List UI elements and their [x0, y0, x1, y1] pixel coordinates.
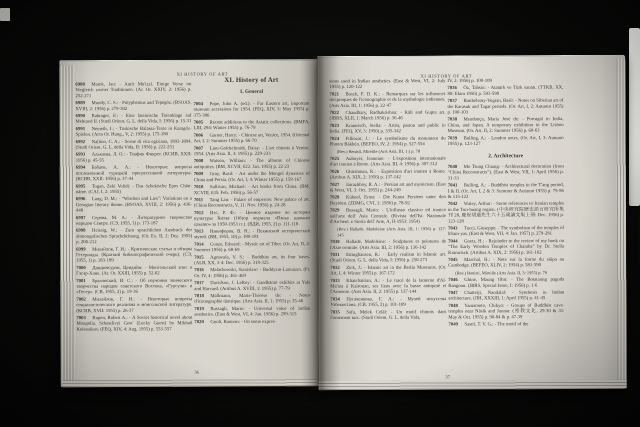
scan-artifact-right-edge: [629, 28, 640, 206]
entry-number: 6989: [75, 101, 91, 106]
bib-entry: 6990Babinger, F.: - Eine lateinische Tot…: [76, 113, 192, 125]
entry-number: 7026: [330, 169, 346, 174]
entry-text: Gnoli, Raniero: - On some expres-: [210, 319, 276, 324]
bib-entry: 7021Bosch, F. D. K.: - Remarques sur les…: [329, 91, 445, 109]
bib-entry: 7034Пугаченкова, Г. А.: - Музей искусств…: [330, 296, 446, 308]
entry-text: (Rev.) Benisti, Mireille (Arts Asia. II,…: [455, 270, 547, 275]
entry-number: 7005: [194, 120, 210, 125]
entry-number: 7042: [448, 202, 464, 207]
bib-entry: 7039Bulling, A.: - London notes. (Or. Ar…: [448, 135, 564, 147]
bib-entry: 7040Mo Tsung Chiang: - Architectural dec…: [448, 164, 564, 182]
bib-entry: 7033Khatchatrian, A.: - Le tracé de la l…: [330, 278, 446, 296]
entry-number: 7021: [329, 92, 345, 97]
entry-text: Kramrisch, Stella: - Artist, patron and …: [330, 123, 446, 134]
entry-text: Ghine, Maung Ohn: - The Botataung pagoda…: [448, 277, 564, 288]
entry-text: Sullivan, Michael: - Art books from Chin…: [194, 184, 310, 195]
entry-text: Zick, J.: - Islamic art in the Berlin Mu…: [330, 265, 446, 276]
bib-entry: 7038Mendonça, Maria José de: - Portugal …: [448, 117, 564, 135]
page-stack-fore-edge: [616, 58, 626, 388]
page-number-left: 36: [183, 370, 211, 375]
scan-artifact-top-left: [0, 8, 10, 21]
entry-number: 7003: [76, 316, 92, 321]
entry-text: Conze, Edward: - Mystic art of Tibet. (O…: [194, 242, 310, 253]
bib-entry: (Rev.) Hallade, Madeleine (Arts Asia. II…: [330, 226, 446, 238]
bib-entry: 7015Agrawala, V. S.: - Buddhist art, its…: [194, 254, 310, 266]
entry-text: Mendonça, Maria José de: - Portugal in I…: [448, 117, 564, 134]
entry-text: Bulling, A.: - London notes. (Or. Art, I…: [448, 135, 564, 146]
entry-text: Heissig, W.: - Zum sprachlichen Ausdruck…: [76, 228, 192, 245]
entry-text: Khatchatrian, A.: - Le tracé de la lante…: [330, 278, 446, 295]
entry-number: 7006: [194, 133, 210, 138]
entry-text: Babinger, F.: - Eine lateinische Totenkl…: [76, 113, 192, 124]
entry-text: Gray, Basil: - Art under the Mongol dyna…: [194, 171, 310, 182]
entry-number: 6999: [76, 247, 92, 252]
bib-entry: 6988Marek, Jan: - Amīr Mu'izzī. Einige V…: [75, 82, 191, 100]
entry-number: 7031: [330, 252, 346, 257]
bib-entry: XI. History of Art: [193, 77, 309, 83]
bib-entry: 7037Barthélemy-Vogein, Basil: - Notes on…: [447, 98, 563, 116]
entry-text: Recent additions to the Asiatic collecti…: [194, 120, 310, 131]
entry-number: 7041: [448, 183, 464, 188]
entry-text: Németh, J.: - Türkische Balassa-Texte in…: [76, 126, 192, 137]
entry-number: 7033: [330, 278, 346, 283]
entry-text: Waley, Arthur: - Some references to Iran…: [448, 201, 564, 224]
bib-entry: 7014Conze, Edward: - Mystic art of Tibet…: [194, 242, 310, 254]
bib-entry: 7041Bulling, A.: - Buddhist temples in t…: [448, 183, 564, 201]
entry-text: Итс, Р. Ф.: - Ценное издание по истории …: [194, 210, 310, 227]
entry-text: Marek, Jan: - Amīr Mu'izzī. Einige Verse…: [75, 82, 191, 99]
entry-number: 7044: [448, 239, 464, 244]
entry-number: 6994: [76, 165, 92, 170]
bib-entry: 7020Gnoli, Raniero: - On some expres-: [194, 319, 310, 325]
entry-text: Chaudhary, Radhakrishna: - Kālī and Gupt…: [330, 110, 446, 121]
bib-entry: 7046Ghine, Maung Ohn: - The Botataung pa…: [448, 277, 564, 289]
entry-number: 7048: [448, 303, 464, 308]
bib-entry: 6993Алькаева, Л. О.: - Тевфик Фикрет. (К…: [76, 152, 192, 164]
entry-text: Safa, Melek Celâl: - Un motif chinois da…: [330, 309, 446, 320]
bib-entry: 7004Pope, John A. (ed.): - Far Eastern a…: [193, 101, 309, 119]
bib-entry: 7013Никифоров, В. Н.: - Пекинский истори…: [194, 229, 310, 241]
page-stack-left-edge: [59, 65, 75, 383]
entry-number: 7014: [194, 242, 210, 247]
bib-entry: 7022Chaudhary, Radhakrishna: - Kālī and …: [330, 110, 446, 122]
entry-number: 7046: [448, 278, 464, 283]
bib-entry: 7010Sullivan, Michael: - Art books from …: [194, 184, 310, 196]
entry-text: Mo Tsung Chiang: - Architectural decorat…: [448, 164, 564, 181]
entry-text: Дамдинсурэн, Цендийн: - Монгольский эпос…: [76, 265, 192, 276]
entry-number: 7022: [330, 111, 346, 116]
entry-number: 6997: [76, 215, 92, 220]
entry-text: IV, 2: 1956) p. 100-109: [447, 78, 492, 83]
entry-number: 7038: [448, 117, 464, 122]
entry-number: 7013: [194, 229, 210, 234]
bib-entry: 7030Hallade, Madeleine: - Sculptures et …: [330, 239, 446, 251]
bib-entry: 7011Tang Lan: - Palace of emperors: New …: [194, 197, 310, 209]
entry-number: 6993: [76, 152, 92, 157]
entry-text: Никифоров, В. Н.: - Пекинский историческ…: [194, 229, 310, 240]
bib-entry: 7036Öz, Tahsin: - Atatürk ve Türk sanatı…: [447, 85, 563, 97]
entry-number: 7023: [330, 123, 346, 128]
entry-number: 6995: [76, 184, 92, 189]
entry-number: 6992: [76, 139, 92, 144]
bib-entry: 7025Auboyer, Jeannine: - L'exposition in…: [330, 156, 446, 168]
bib-entry: 6994Бабаев, А. А.: - Некоторые вопросы п…: [76, 165, 192, 183]
entry-number: 7030: [330, 240, 346, 245]
bib-entry: 7007Lion-Goldschmidt, Daisy: - L'art chi…: [194, 145, 310, 157]
open-book: XI HISTORY OF ART XI HISTORY OF ART 6988…: [59, 55, 626, 391]
entry-text: (Rev.) Hallade, Madeleine (Arts Asia. II…: [337, 226, 446, 237]
bib-entry: (Rev.) Benisti, Mireille (Arts Asia. III…: [330, 149, 446, 155]
entry-text: Hallade, Madeleine: - Sculptures et pein…: [330, 239, 446, 250]
bib-entry: 7026Ghirshman, R.: - Exposition d'art ir…: [330, 169, 446, 181]
entry-number: 6990: [76, 114, 92, 119]
entry-text: Ghirshman, R.: - Exposition d'art iranie…: [330, 169, 446, 180]
entry-text: Chatterji, Nandalal: - Synthesis in Indi…: [448, 290, 564, 301]
page-stack-bottom-right: [319, 380, 627, 390]
bib-entry: 7045Marchal, H.: - Note sur la forme du …: [448, 257, 564, 269]
entry-text: Брагинский, И. С.: - Об изучении эпическ…: [76, 278, 192, 295]
entry-text: Bussagli, Mario: - Universal value of In…: [194, 306, 310, 317]
bib-column-left-1: 6988Marek, Jan: - Amīr Mu'izzī. Einige V…: [75, 82, 192, 381]
entry-text: Barthélemy-Vogein, Basil: - Notes on Sib…: [447, 98, 563, 115]
bib-entry: 7016Malachowski, Stanislaw: - Buddyzm-La…: [194, 267, 310, 279]
bib-entry: 6999Михайлов, Г. И.: - Критические стать…: [76, 246, 192, 264]
entry-text: Rupen, Robert A.: - A Soviet historical …: [76, 315, 192, 332]
entry-text: Malachowski, Stanislaw: - Buddyzm-Lamaiz…: [194, 267, 310, 278]
bib-entry: 2. Architecture: [448, 153, 564, 159]
entry-text: Watson, William: - The albums of Chinese…: [194, 158, 310, 169]
entry-number: 7002: [76, 297, 92, 302]
bib-entry: 7027Jairazbhoy, R. A.: - Persian art and…: [330, 182, 446, 194]
entry-text: Михайлов, Г. И.: - Некоторые вопросы соц…: [76, 297, 192, 314]
entry-text: Nallino, C. A.: - Scene di vita egiziana…: [76, 139, 192, 150]
bib-entry: 7032Zick, J.: - Islamic art in the Berli…: [330, 265, 446, 277]
entry-number: 7004: [193, 101, 209, 106]
bib-entry: IV, 2: 1956) p. 100-109: [447, 78, 563, 84]
entry-number: 7029: [330, 208, 346, 213]
entry-text: Goetz, H.: - Rejoinder to the review of …: [448, 238, 564, 255]
entry-number: 7019: [194, 306, 210, 311]
bib-entry: 6995Togan, Zeki Velidi: - Das özbekische…: [76, 183, 192, 195]
entry-text: Bulling, A.: - Buddhist temples in the T…: [448, 183, 564, 200]
entry-number: 7008: [194, 159, 210, 164]
entry-text: Garner, Harry: - Chinese art, Venice, 19…: [194, 133, 310, 144]
entry-number: 7025: [330, 156, 346, 161]
entry-text: Filliozat, J.: - Le symbolisme du monume…: [330, 136, 446, 147]
entry-text: Kühnel, Ernst: - Die Kunst Persiens unte…: [330, 195, 446, 206]
entry-text: Михайлов, Г. И.: - Критические статьи и …: [76, 246, 192, 263]
bib-entry: 7029Bussagli, Mario: - L'influsso classi…: [330, 208, 446, 226]
entry-text: Bosch, F. D. K.: - Remarques sur les inf…: [329, 91, 445, 108]
entry-text: Yamamoto, Chikyo: - Groups of Buddhist c…: [448, 303, 564, 320]
bib-entry: 7048Yamamoto, Chikyo: - Groups of Buddhi…: [448, 303, 564, 321]
entry-number: 7034: [330, 297, 346, 302]
entry-text: Öz, Tahsin: - Atatürk ve Türk sanatı. (T…: [447, 85, 563, 96]
bib-entry: 7044Goetz, H.: - Rejoinder to the review…: [448, 238, 564, 256]
entry-text: Davidson, J. LeRoy: - Gandhāran exhibits…: [194, 280, 310, 291]
entry-text: 2. Architecture: [488, 153, 523, 159]
bib-entry: 7035Safa, Melek Celâl: - Un motif chinoi…: [330, 309, 446, 321]
bib-entry: 7019Bussagli, Mario: - Universal value o…: [194, 306, 310, 318]
bib-entry: 7003Rupen, Robert A.: - A Soviet histori…: [76, 315, 192, 333]
entry-number: 7043: [448, 226, 464, 231]
entry-text: Mallmann, Marie-Thérèse de: - Notes d'ic…: [194, 293, 310, 304]
bib-entry: 7024Filliozat, J.: - Le symbolisme du mo…: [330, 136, 446, 148]
bib-entry: 7017Davidson, J. LeRoy: - Gandhāran exhi…: [194, 280, 310, 292]
bib-entry: 7023Kramrisch, Stella: - Artist, patron …: [330, 123, 446, 135]
entry-text: XI. History of Art: [224, 76, 278, 84]
bib-entry: 7042Waley, Arthur: - Some references to …: [448, 201, 564, 224]
entry-text: sions used in Indian aesthetics. (East &…: [329, 79, 445, 90]
entry-text: Tucci, Giuseppe: - The symbolism of the …: [448, 226, 564, 237]
entry-number: 6988: [75, 82, 91, 87]
entry-text: Togan, Zeki Velidi: - Das özbekische Epo…: [76, 183, 192, 194]
entry-number: 7001: [76, 278, 92, 283]
entry-text: Tang Lan: - Palace of emperors: New pala…: [194, 197, 310, 208]
page-stack-bottom-left: [63, 379, 317, 387]
entry-number: 7000: [76, 265, 92, 270]
entry-number: 7049: [448, 322, 464, 327]
entry-number: 7018: [194, 294, 210, 299]
bib-entry: 6998Heissig, W.: - Zum sprachlichen Ausd…: [76, 228, 192, 246]
bib-entry: 6991Németh, J.: - Türkische Balassa-Text…: [76, 126, 192, 138]
entry-number: 7037: [447, 99, 463, 104]
bib-column-left-2: XI. History of Art 1. General 7004Pope, …: [193, 75, 310, 374]
entry-text: Lion-Goldschmidt, Daisy: - L'art chinois…: [194, 145, 310, 156]
entry-text: Bussagli, Mario: - L'influsso classico e…: [330, 208, 446, 225]
bib-entry: 7031Ettinghausen, R.: - Early realism in…: [330, 252, 446, 264]
entry-number: 7027: [330, 182, 346, 187]
entry-number: 7024: [330, 136, 346, 141]
entry-number: 7047: [448, 290, 464, 295]
entry-number: 7017: [194, 281, 210, 286]
entry-number: 7039: [448, 136, 464, 141]
entry-number: 6998: [76, 228, 92, 233]
bib-entry: 7049Sastri, T. V. G.: - The motif of the: [448, 322, 564, 328]
entry-number: 7040: [448, 164, 464, 169]
entry-number: 7045: [448, 257, 464, 262]
bib-entry: 6996Lang, D. M.: - “Wisdom and Lies”: Va…: [76, 196, 192, 214]
bib-entry: 7006Garner, Harry: - Chinese art, Venice…: [194, 133, 310, 145]
entry-number: 7032: [330, 265, 346, 270]
bib-entry: 6989Mundy, C. S.: - Polyphemus and Tepeg…: [75, 100, 191, 112]
page-number-right: 37: [434, 374, 462, 379]
entry-number: 7011: [194, 198, 210, 203]
bib-entry: 7008Watson, William: - The albums of Chi…: [194, 158, 310, 170]
entry-text: 1. General: [240, 89, 263, 95]
bib-entry: 7028Kühnel, Ernst: - Die Kunst Persiens …: [330, 195, 446, 207]
entry-text: Jairazbhoy, R. A.: - Persian art and mys…: [330, 182, 446, 193]
entry-text: Sastri, T. V. G.: - The motif of the: [464, 322, 528, 327]
bib-entry: 7018Mallmann, Marie-Thérèse de: - Notes …: [194, 293, 310, 305]
entry-text: Pope, John A. (ed.): - Far Eastern art, …: [193, 101, 309, 118]
bib-entry: 7002Михайлов, Г. И.: - Некоторые вопросы…: [76, 297, 192, 315]
entry-number: 7016: [194, 268, 210, 273]
bib-entry: 6997Серова, М. А.: - Литературное творче…: [76, 215, 192, 227]
entry-text: Ettinghausen, R.: - Early realism in Isl…: [330, 252, 446, 263]
entry-text: Алькаева, Л. О.: - Тевфик Фикрет. (КСИВ,…: [76, 152, 192, 163]
bib-entry: (Rev.) Benisti, Mireille (Arts Asia. II,…: [448, 270, 564, 276]
entry-text: Серова, М. А.: - Литературное творчество…: [76, 215, 192, 226]
bib-entry: 7000Дамдинсурэн, Цендийн: - Монгольский …: [76, 265, 192, 277]
entry-text: Auboyer, Jeannine: - L'exposition intern…: [330, 156, 446, 167]
photo-of-open-book: XI HISTORY OF ART XI HISTORY OF ART 6988…: [0, 0, 640, 427]
entry-number: 7012: [194, 210, 210, 215]
entry-number: 7035: [330, 310, 346, 315]
entry-number: 7028: [330, 195, 346, 200]
bib-entry: 7005Recent additions to the Asiatic coll…: [194, 120, 310, 132]
entry-text: (Rev.) Benisti, Mireille (Arts Asia. III…: [337, 149, 420, 154]
entry-number: 6991: [76, 127, 92, 132]
entry-text: Mundy, C. S.: - Polyphemus and Tepegöz. …: [75, 100, 191, 111]
bib-entry: 7001Брагинский, И. С.: - Об изучении эпи…: [76, 278, 192, 296]
entry-number: 7036: [447, 86, 463, 91]
bib-entry: 7047Chatterji, Nandalal: - Synthesis in …: [448, 290, 564, 302]
entry-text: Agrawala, V. S.: - Buddhist art, its fou…: [194, 254, 310, 265]
bib-entry: sions used in Indian aesthetics. (East &…: [329, 79, 445, 91]
entry-number: 7010: [194, 185, 210, 190]
entry-text: Бабаев, А. А.: - Некоторые вопросы после…: [76, 165, 192, 182]
bib-entry: 1. General: [193, 89, 309, 95]
entry-number: 6996: [76, 197, 92, 202]
bib-entry: 6992Nallino, C. A.: - Scene di vita egiz…: [76, 139, 192, 151]
bib-column-right-2: IV, 2: 1956) p. 100-109 7036Öz, Tahsin: …: [447, 78, 564, 377]
entry-text: Lang, D. M.: - “Wisdom and Lies”: Variat…: [76, 196, 192, 213]
entry-number: 7020: [194, 319, 210, 324]
entry-text: Marchal, H.: - Note sur la forme du stūp…: [448, 257, 564, 268]
bib-entry: 7043Tucci, Giuseppe: - The symbolism of …: [448, 226, 564, 238]
bib-entry: 7009Gray, Basil: - Art under the Mongol …: [194, 171, 310, 183]
entry-number: 7007: [194, 146, 210, 151]
bib-column-right-1: sions used in Indian aesthetics. (East &…: [329, 79, 446, 378]
entry-number: 7015: [194, 255, 210, 260]
bib-entry: 7012Итс, Р. Ф.: - Ценное издание по исто…: [194, 210, 310, 228]
entry-text: Пугаченкова, Г. А.: - Музей искусства Уз…: [330, 296, 446, 307]
entry-number: 7009: [194, 172, 210, 177]
